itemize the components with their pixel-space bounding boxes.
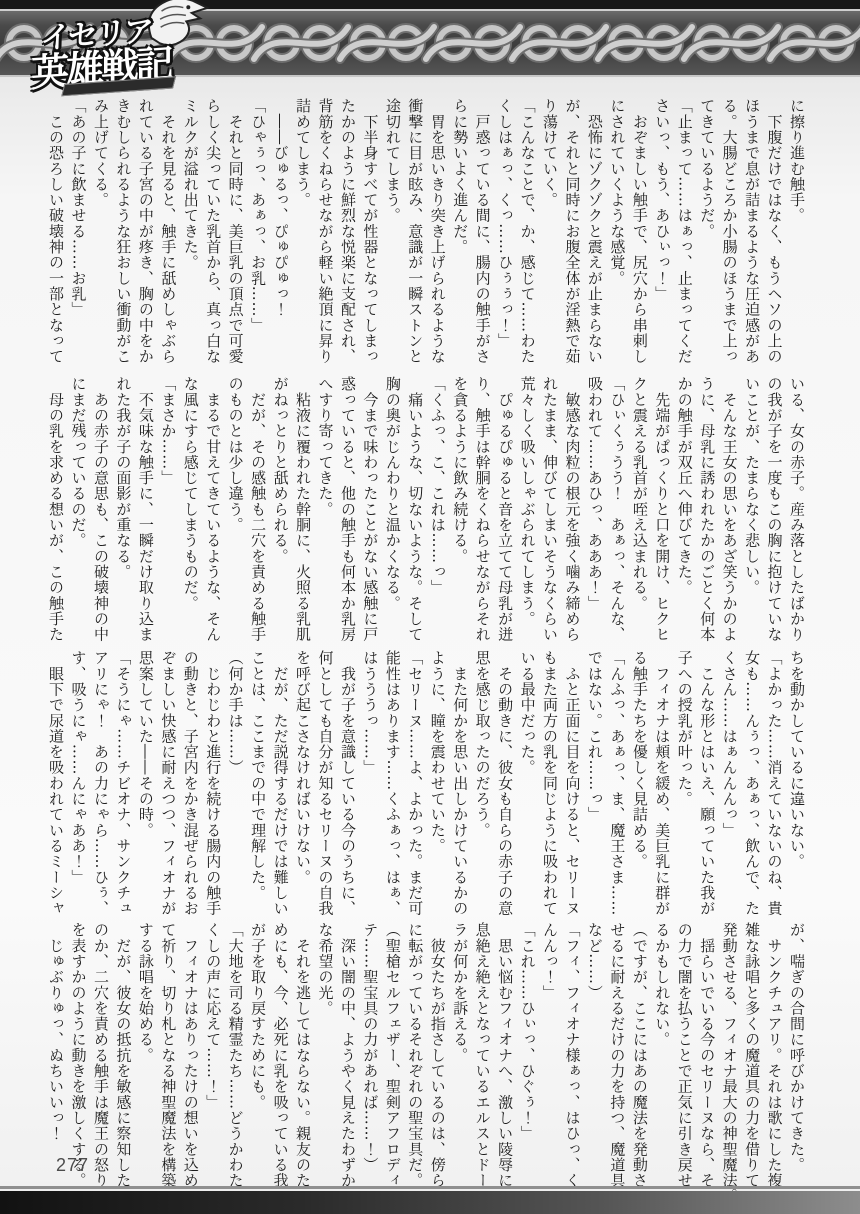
text-column: ぞましい快感に耐えつつ、フィオナが — [157, 650, 179, 918]
text-column: な希望の光。 — [314, 922, 336, 1190]
text-column: （ですが、ここにはあの魔法を発動さ — [628, 922, 650, 1190]
text-column: の動きと、子宮内をかき混ぜられるお — [179, 650, 201, 918]
text-column: 彼女たちが指さしているのは、傍ら — [426, 922, 448, 1190]
text-column: じゅぶりゅっ、ぬちいいっ！ — [45, 922, 67, 1190]
text-column: ミルクが溢れ出てきた。 — [179, 98, 201, 366]
footer-divider-line — [0, 1186, 860, 1189]
text-column: （何か手は……） — [224, 650, 246, 918]
text-column: る触手たちを優しく見詰める。 — [628, 650, 650, 918]
text-column: 下腹だけではなく、もうヘソの上の — [763, 98, 785, 366]
text-column: じわじわと進行を続ける腸内の触手 — [202, 650, 224, 918]
text-column: はうううっ……」 — [359, 650, 381, 918]
text-band-3: ちを動かしているに違いない。「よかった……消えていないのね、貴女も……んぅっ、あ… — [42, 650, 808, 918]
text-column: さいっ、もう、あひぃっ！」 — [651, 98, 673, 366]
text-column: に擦り進む触手。 — [786, 98, 808, 366]
text-column: 母の乳を求める想いが、この触手た — [45, 376, 67, 644]
text-column: いる、女の赤子。産み落としたばかり — [786, 376, 808, 644]
text-column: （聖槍セルフェザー、聖剣アフロディ — [381, 922, 403, 1190]
text-column: 「くふっ、こ、これは……っ」 — [426, 376, 448, 644]
text-column: す、吸うにゃ……んにゃああ！」 — [67, 650, 89, 918]
text-column: ではない。これ……っ」 — [583, 650, 605, 918]
text-column: 「大地を司る精霊たち……どうかわた — [224, 922, 246, 1190]
text-column: ぴゅるぴゅると音を立てて母乳が迸 — [494, 376, 516, 644]
text-column: り、触手は幹胴をくねらせながらそれ — [471, 376, 493, 644]
text-column: 「フィ、フィオナ様ぁっ、はひっ、く — [561, 922, 583, 1190]
text-column: らしく尖っていた乳首から、真っ白な — [202, 98, 224, 366]
text-column: り蕩けていく。 — [539, 98, 561, 366]
text-column: 恐怖にゾクゾクと震えが止まらない — [583, 98, 605, 366]
text-column: もまた両方の乳を同じように吸われて — [539, 650, 561, 918]
text-column: を貪るように飲み続ける。 — [449, 376, 471, 644]
text-column: 敏感な肉粒の根元を強く噛み締めら — [561, 376, 583, 644]
text-column: へすり寄ってきた。 — [314, 376, 336, 644]
text-column: うに、母乳に誘われたかのごとく何本 — [696, 376, 718, 644]
text-column: こんな形とはいえ、願っていた我が — [696, 650, 718, 918]
text-column: それと同時に、美巨乳の頂点で可愛 — [224, 98, 246, 366]
text-column: れたまま、伸びてしまいそうなくらい — [539, 376, 561, 644]
text-column: せるに耐えるだけの力を持つ、魔道具 — [606, 922, 628, 1190]
text-column: 「ひぃくぅうう！ あぁっ、そんな、 — [606, 376, 628, 644]
text-band-4: が、喘ぎの合間に呼びかけてきた。 サンクチュアリ。それは歌にした複雑な詠唱と多く… — [42, 922, 808, 1190]
text-column: だが、彼女の抵抗を敏感に察知した — [112, 922, 134, 1190]
text-column: 「そうにゃ……チビオナ、サンクチュ — [112, 650, 134, 918]
manga-novel-page: イセリア 英雄戦記 に擦り進む触手。 下腹だけではなく、もうヘソの上のほうまで息… — [0, 0, 860, 1214]
text-column: 荒々しく吸いしゃぶられてしまう。 — [516, 376, 538, 644]
text-column: 「止まって……はぁっ、止まってくだ — [673, 98, 695, 366]
text-column: 吸われて……あひっ、あああ！」 — [583, 376, 605, 644]
text-column: ことは、ここまでの中で理解した。 — [247, 650, 269, 918]
text-column: まるで甘えてきているような、そん — [202, 376, 224, 644]
text-column: 思を感じ取ったのだろう。 — [471, 650, 493, 918]
text-column: れた我が子の面影が重なる。 — [112, 376, 134, 644]
text-column: 思い悩むフィオナへ、激しい陵辱に — [494, 922, 516, 1190]
text-column: れている子宮の中が疼き、胸の中をか — [134, 98, 156, 366]
text-column: かの触手が双丘へ伸びてきた。 — [673, 376, 695, 644]
text-column: 下半身すべてが性器となってしまっ — [359, 98, 381, 366]
text-column: てきているようだ。 — [696, 98, 718, 366]
text-column: する詠唱を始める。 — [134, 922, 156, 1190]
text-column: 思案していた――その時。 — [134, 650, 156, 918]
text-column: ちを動かしているに違いない。 — [786, 650, 808, 918]
text-column: んんっ！」 — [539, 922, 561, 1190]
text-column: 胸の奥がじんわりと温かくなる。 — [381, 376, 403, 644]
text-column: がねっとりと舐められる。 — [269, 376, 291, 644]
text-column: 不気味な触手に、一瞬だけ取り込ま — [134, 376, 156, 644]
text-column: 惑っていると、他の触手も何本か乳房 — [336, 376, 358, 644]
text-band-2: いる、女の赤子。産み落としたばかりの我が子を一度もこの胸に抱けていないことが、た… — [42, 376, 808, 644]
text-column: 深い闇の中、ようやく見えたわずか — [336, 922, 358, 1190]
text-column: 揺らいでいる今のセリーヌなら、そ — [696, 922, 718, 1190]
text-column: を呼び起こさなければいけない。 — [292, 650, 314, 918]
text-column: それを逃してはならない。親友のた — [292, 922, 314, 1190]
text-column: その動きに、彼女も自らの赤子の意 — [494, 650, 516, 918]
text-column: この恐ろしい破壊神の一部となって — [45, 98, 67, 366]
text-column: おぞましい触手で、尻穴から串刺し — [628, 98, 650, 366]
text-column: ラが何かを訴える。 — [449, 922, 471, 1190]
text-column: ほうまで息が詰まるような圧迫感があ — [741, 98, 763, 366]
text-column: が子を取り戻すためにも。 — [247, 922, 269, 1190]
text-column: 息絶え絶えとなっているエルスとドー — [471, 922, 493, 1190]
text-column: 女も……んぅっ、あぁっ、飲んで、た — [741, 650, 763, 918]
text-column: いことが、たまらなく悲しい。 — [741, 376, 763, 644]
text-column: だが、ただ説得するだけでは難しい — [269, 650, 291, 918]
text-column: の我が子を一度もこの胸に抱けていな — [763, 376, 785, 644]
text-column: 今まで味わったことがない感触に戸 — [359, 376, 381, 644]
text-column: 発動させる、フィオナ最大の神聖魔法。 — [718, 922, 740, 1190]
text-column: 胃を思いきり突き上げられるような — [426, 98, 448, 366]
text-column: そんな王女の思いをあざ笑うかのよ — [718, 376, 740, 644]
text-column: テ……聖宝具の力があれば……！） — [359, 922, 381, 1190]
text-column: あの赤子の意思も、この破壊神の中 — [90, 376, 112, 644]
text-column: が、喘ぎの合間に呼びかけてきた。 — [786, 922, 808, 1190]
text-column: クと震える乳首が咥え込まれる。 — [628, 376, 650, 644]
text-column: ように、瞳を震わせていた。 — [426, 650, 448, 918]
text-column: 痛いような、切ないような。そして — [404, 376, 426, 644]
text-band-1: に擦り進む触手。 下腹だけではなく、もうヘソの上のほうまで息が詰まるような圧迫感… — [42, 98, 808, 366]
text-column: フィオナは頬を緩め、美巨乳に群が — [651, 650, 673, 918]
text-column: み上げてくる。 — [90, 98, 112, 366]
text-column: て祈り、切り札となる神聖魔法を構築 — [157, 922, 179, 1190]
text-column: 粘液に覆われた幹胴に、火照る乳肌 — [292, 376, 314, 644]
text-column: らに勢いよく進んだ。 — [449, 98, 471, 366]
text-column: 子への授乳が叶った。 — [673, 650, 695, 918]
text-column: くしの声に応えて……！」 — [202, 922, 224, 1190]
text-column: 衝撃に目が眩み、意識が一瞬ストンと — [404, 98, 426, 366]
text-column: フィオナはありったけの想いを込め — [179, 922, 201, 1190]
text-column: など……） — [583, 922, 605, 1190]
text-column: アリにゃ！ あの力にゃら……ひぅ、 — [90, 650, 112, 918]
page-number: 277 — [56, 1155, 89, 1176]
text-column: きむしられるような狂おしい衝動がこ — [112, 98, 134, 366]
text-column: 戸惑っている間に、腸内の触手がさ — [471, 98, 493, 366]
text-column: にまだ残っているのだ。 — [67, 376, 89, 644]
text-column: 眼下で尿道を吸われているミーシャ — [45, 650, 67, 918]
text-column: が、それと同時にお腹全体が淫熱で茹 — [561, 98, 583, 366]
text-column: 途切れてしまう。 — [381, 98, 403, 366]
text-column: 詰めてしまう。 — [292, 98, 314, 366]
text-column: 能性はあります……くふぁっ、はぁ、 — [381, 650, 403, 918]
logo: イセリア 英雄戦記 — [23, 0, 219, 101]
text-column: ――びゅるっ、ぴゅぴゅっ！ — [269, 98, 291, 366]
text-column: ふと正面に目を向けると、セリーヌ — [561, 650, 583, 918]
text-column: また何かを思い出しかけているかの — [449, 650, 471, 918]
text-column: を表すかのように動きを激しくする。 — [67, 922, 89, 1190]
text-column: にされていくような感覚。 — [606, 98, 628, 366]
text-column: 「セリーヌ……よ、よかった。まだ可 — [404, 650, 426, 918]
text-column: それを見ると、触手に舐めしゃぶら — [157, 98, 179, 366]
footer-bar — [0, 1191, 860, 1214]
text-column: に転がっているそれぞれの聖宝具だ。 — [404, 922, 426, 1190]
text-column: 「んふっ、あぁっ、ま、魔王さま…… — [606, 650, 628, 918]
text-column: 背筋をくねらせながら軽い絶頂に昇り — [314, 98, 336, 366]
text-column: 「これ……ひぃっ、ひぐぅ！」 — [516, 922, 538, 1190]
text-column: 先端がぱっくりと口を開け、ヒクヒ — [651, 376, 673, 644]
text-column: 雑な詠唱と多くの魔道具の力を借りて — [741, 922, 763, 1190]
text-column: 「あの子に飲ませる……お乳」 — [67, 98, 89, 366]
text-column: だが、その感触も二穴を責める触手 — [247, 376, 269, 644]
text-column: の力で闇を払うことで正気に引き戻せ — [673, 922, 695, 1190]
text-column: いる最中だった。 — [516, 650, 538, 918]
text-column: 何としても自分が知るセリーヌの自我 — [314, 650, 336, 918]
text-column: るかもしれない。 — [651, 922, 673, 1190]
text-column: な風にすら感じてしまうものだ。 — [179, 376, 201, 644]
text-column: 「ひゃぅっ、あぁっ、お乳……」 — [247, 98, 269, 366]
text-column: 我が子を意識している今のうちに、 — [336, 650, 358, 918]
text-column: くしはぁっ、くっ……ひぅぅっ！」 — [494, 98, 516, 366]
text-column: サンクチュアリ。それは歌にした複 — [763, 922, 785, 1190]
text-column: めにも、今、必死に乳を吸っている我 — [269, 922, 291, 1190]
text-column: 「まさか……」 — [157, 376, 179, 644]
text-column: たかのように鮮烈な悦楽に支配され、 — [336, 98, 358, 366]
text-column: 「こんなことで、か、感じて……わた — [516, 98, 538, 366]
text-column: のか、二穴を責める触手は魔王の怒り — [90, 922, 112, 1190]
text-column: 「よかった……消えていないのね、貴 — [763, 650, 785, 918]
text-column: る。大腸どころか小腸のほうまで上っ — [718, 98, 740, 366]
text-column: くさん……はぁんんんっ」 — [718, 650, 740, 918]
text-column: のものとは少し違う。 — [224, 376, 246, 644]
header-banner: イセリア 英雄戦記 — [0, 0, 860, 88]
